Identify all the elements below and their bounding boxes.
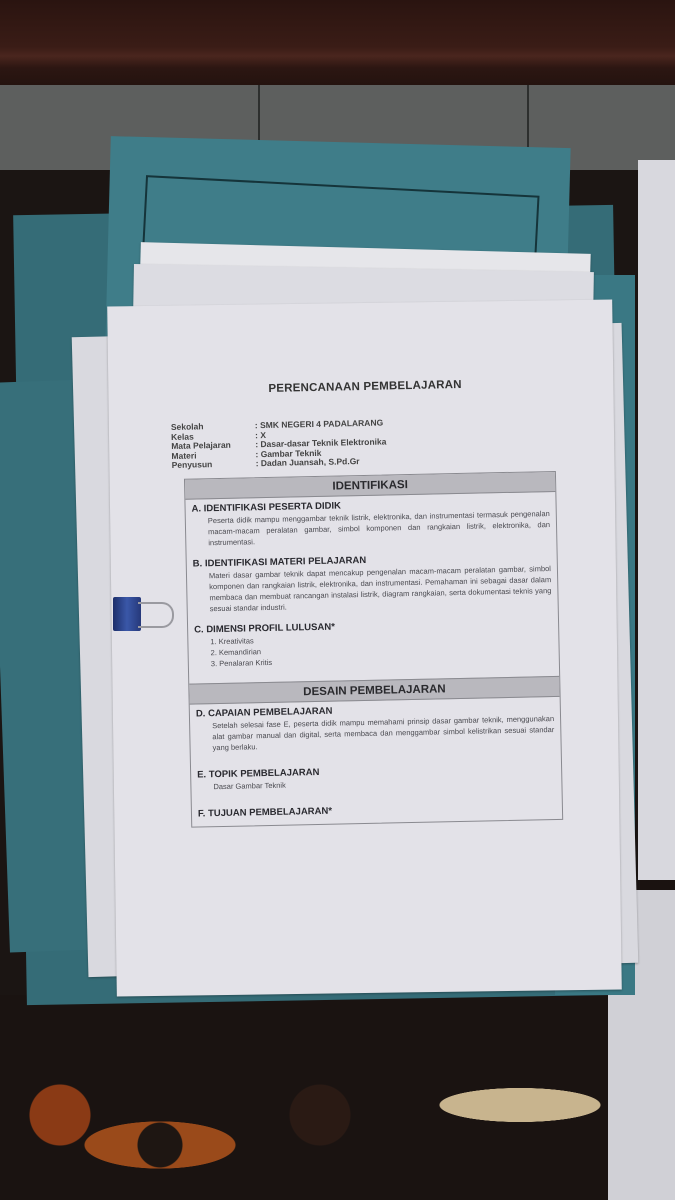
section-text: Peserta didik mampu menggambar teknik li… xyxy=(192,508,551,548)
binder-clip-handle xyxy=(138,602,174,628)
wooden-shelf xyxy=(0,0,675,85)
content-frame: IDENTIFIKASI A. IDENTIFIKASI PESERTA DID… xyxy=(184,470,563,827)
meta-value: : Dadan Juansah, S.Pd.Gr xyxy=(256,457,360,469)
profile-list: Kreativitas Kemandirian Penalaran Kritis xyxy=(194,629,553,669)
lesson-plan-document: PERENCANAAN PEMBELAJARAN Sekolah : SMK N… xyxy=(170,377,569,828)
section-d: D. CAPAIAN PEMBELAJARAN Setelah selesai … xyxy=(190,696,561,765)
document-meta: Sekolah : SMK NEGERI 4 PADALARANG Kelas … xyxy=(171,415,562,471)
section-c: C. DIMENSI PROFIL LULUSAN* Kreativitas K… xyxy=(188,612,559,683)
section-heading: F. TUJUAN PEMBELAJARAN* xyxy=(198,801,556,819)
section-text: Setelah selesai fase E, peserta didik ma… xyxy=(196,713,555,753)
section-b: B. IDENTIFIKASI MATERI PELAJARAN Materi … xyxy=(187,546,558,620)
meta-label: Penyusun xyxy=(172,459,256,470)
section-text: Materi dasar gambar teknik dapat mencaku… xyxy=(193,563,552,614)
batik-cloth-bottom xyxy=(0,995,640,1200)
section-a: A. IDENTIFIKASI PESERTA DIDIK Peserta di… xyxy=(185,491,556,554)
binder-clip-icon xyxy=(113,597,141,631)
side-paper-stack xyxy=(638,160,675,880)
